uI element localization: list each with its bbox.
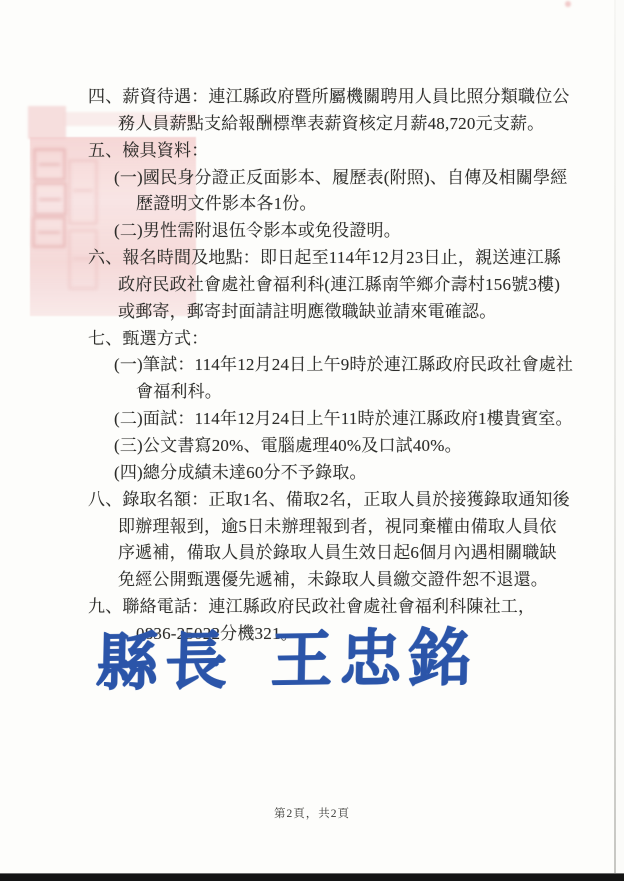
document-line: (二)面試：114年12月24日上午11時於連江縣政府1樓貴賓室。: [114, 406, 624, 433]
magistrate-signature: 縣長 王忠銘: [95, 607, 478, 701]
document-line: (四)總分成績未達60分不予錄取。: [114, 460, 624, 487]
scanner-edge-band: [0, 873, 624, 881]
document-line: 會福利科。: [136, 379, 624, 406]
paper-edge-margin: [616, 0, 624, 873]
paper-edge-line: [614, 0, 616, 873]
document-line: (三)公文書寫20%、電腦處理40%及口試40%。: [114, 433, 624, 460]
document-line: 四、薪資待遇：連江縣政府暨所屬機關聘用人員比照分類職位公: [88, 84, 624, 111]
document-line: 即辦理報到，逾5日未辦理報到者，視同棄權由備取人員依: [118, 514, 624, 541]
document-line: 七、甄選方式：: [88, 326, 624, 353]
page-number: 第2頁，共2頁: [0, 805, 624, 821]
document-body: 四、薪資待遇：連江縣政府暨所屬機關聘用人員比照分類職位公務人員薪點支給報酬標準表…: [0, 84, 624, 648]
document-line: 免經公開甄選優先遞補，未錄取人員繳交證件恕不退還。: [118, 567, 624, 594]
document-line: 五、檢具資料：: [88, 138, 624, 165]
document-line: 歷證明文件影本各1份。: [136, 191, 624, 218]
document-line: 政府民政社會處社會福利科(連江縣南竿鄉介壽村156號3樓): [118, 272, 624, 299]
document-line: (一)國民身分證正反面影本、履歷表(附照)、自傳及相關學經: [114, 165, 624, 192]
scanned-document-page: 四、薪資待遇：連江縣政府暨所屬機關聘用人員比照分類職位公務人員薪點支給報酬標準表…: [0, 0, 624, 881]
document-line: (一)筆試：114年12月24日上午9時於連江縣政府民政社會處社: [114, 352, 624, 379]
scan-speck: [565, 1, 571, 7]
document-line: 務人員薪點支給報酬標準表薪資核定月薪48,720元支薪。: [118, 111, 624, 138]
document-line: 序遞補，備取人員於錄取人員生效日起6個月內遇相關職缺: [118, 540, 624, 567]
document-line: 八、錄取名額：正取1名、備取2名，正取人員於接獲錄取通知後: [88, 487, 624, 514]
document-line: (二)男性需附退伍令影本或免役證明。: [114, 218, 624, 245]
document-line: 或郵寄，郵寄封面請註明應徵職缺並請來電確認。: [118, 299, 624, 326]
document-line: 六、報名時間及地點：即日起至114年12月23日止，親送連江縣: [88, 245, 624, 272]
